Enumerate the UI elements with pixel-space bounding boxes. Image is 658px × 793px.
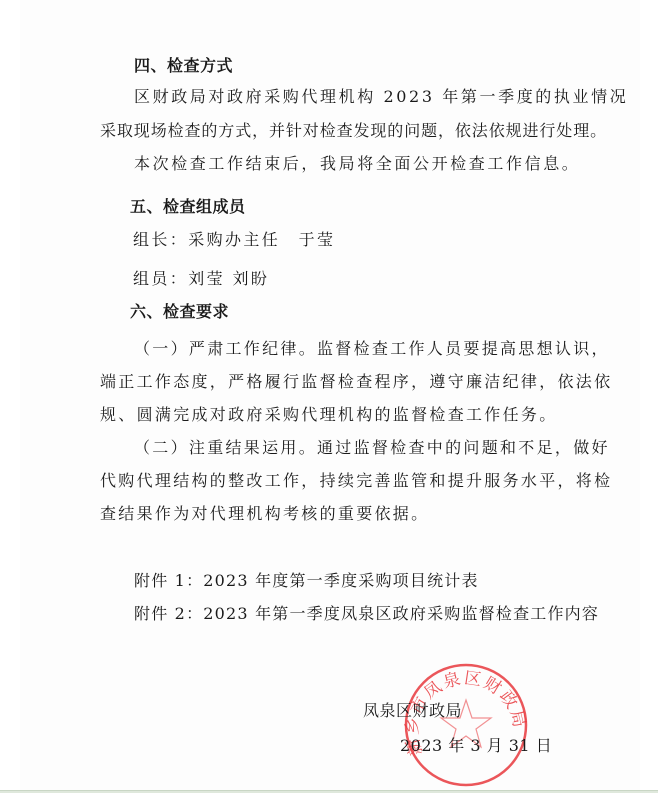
signature-org: 凤泉区财政局 — [363, 701, 462, 721]
requirement-line: 规、圆满完成对政府采购代理机构的监督检查工作任务。 — [100, 405, 558, 425]
requirement-line: 端正工作态度，严格履行监督检查程序，遵守廉洁纪律，依法依 — [100, 372, 612, 392]
requirement-line: 代购代理结构的整改工作，持续完善监管和提升服务水平，将检 — [100, 471, 612, 491]
team-members: 组员：刘莹 刘盼 — [133, 269, 269, 289]
paragraph-line: 采取现场检查的方式，并针对检查发现的问题，依法依规进行处理。 — [100, 121, 607, 141]
requirement-line: （二）注重结果运用。通过监督检查中的问题和不足，做好 — [134, 438, 610, 458]
attachment-1: 附件 1：2023 年度第一季度采购项目统计表 — [134, 571, 479, 591]
section-heading-4: 四、检查方式 — [134, 56, 233, 76]
signature-date: 2023 年 3 月 31 日 — [400, 736, 552, 756]
paragraph-line: 区财政局对政府采购代理机构 2023 年第一季度的执业情况 — [134, 87, 628, 107]
requirement-line: 查结果作为对代理机构考核的重要依据。 — [100, 504, 429, 524]
team-leader: 组长：采购办主任 于莹 — [133, 230, 335, 250]
section-heading-5: 五、检查组成员 — [130, 197, 246, 217]
official-seal-icon: 新乡市凤泉区财政局 — [403, 662, 529, 788]
requirement-line: （一）严肃工作纪律。监督检查工作人员要提高思想认识， — [134, 339, 610, 359]
section-heading-6: 六、检查要求 — [130, 302, 229, 322]
document-page — [20, 0, 640, 790]
attachment-2: 附件 2：2023 年第一季度凤泉区政府采购监督检查工作内容 — [134, 604, 599, 624]
paragraph-line: 本次检查工作结束后，我局将全面公开检查工作信息。 — [134, 154, 580, 174]
